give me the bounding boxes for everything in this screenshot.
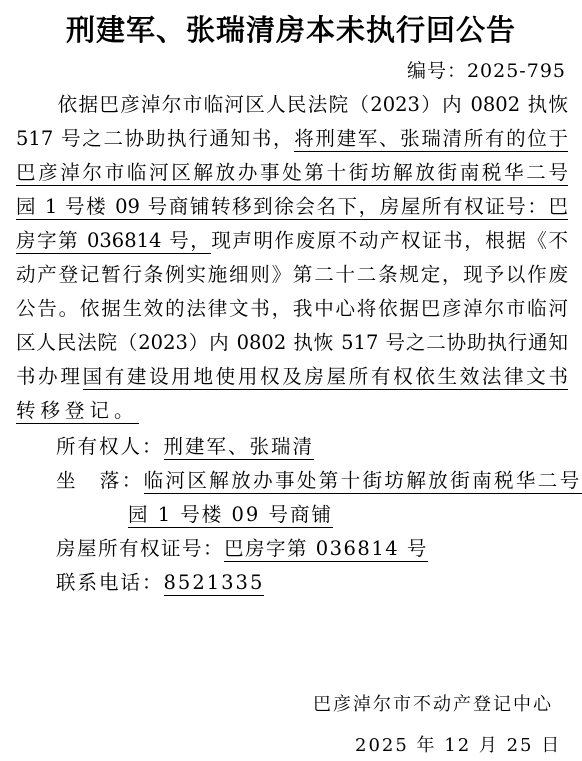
body-text: 书办理	[16, 365, 83, 388]
location-row-cont: 园 1 号楼 09 号商铺	[128, 500, 333, 530]
issuing-organization: 巴彦淖尔市不动产登记中心	[313, 690, 553, 716]
location-value: 临河区解放办事处第十街坊解放街南税华二号	[144, 469, 582, 494]
issue-date: 2025 年 12 月 25 日	[355, 731, 561, 757]
location-value-cont: 园 1 号楼 09 号商铺	[128, 503, 333, 528]
body-line-3: 巴彦淖尔市临河区解放办事处第十街坊解放街南税华二号	[16, 158, 568, 188]
phone-row: 联系电话：8521335	[56, 568, 264, 598]
body-line-10: 转移登记。	[16, 396, 568, 426]
body-line-6: 动产登记暂行条例实施细则》第二十二条规定，现予以作废	[16, 260, 568, 290]
body-text: 公告。依据生效的法律文书，我中心将依据巴彦淖尔市临河	[16, 297, 568, 320]
underlined-text: 国有建设用地使用权及房屋所有权依生效法律文书	[83, 365, 568, 390]
cert-label: 房屋所有权证号：	[56, 537, 224, 560]
body-text: 依据巴彦淖尔市临河区人民法院（2023）内 0802 执恢	[16, 93, 568, 116]
location-row: 坐 落：临河区解放办事处第十街坊解放街南税华二号	[56, 466, 582, 496]
owner-row: 所有权人：刑建军、张瑞清	[56, 432, 314, 462]
underlined-text: 园 1 号楼 09 号商铺转移到徐会名下，房屋所有权证号：巴	[16, 195, 568, 220]
cert-row: 房屋所有权证号：巴房字第 036814 号	[56, 534, 428, 564]
underlined-text: 巴彦淖尔市临河区解放办事处第十街坊解放街南税华二号	[16, 161, 568, 186]
underlined-text: 房字第 036814 号，	[16, 229, 211, 254]
body-line-9: 书办理国有建设用地使用权及房屋所有权依生效法律文书	[16, 362, 568, 392]
body-line-8: 区人民法院（2023）内 0802 执恢 517 号之二协助执行通知	[16, 328, 568, 358]
underlined-text: 将刑建军、张瑞清所有的位于	[294, 127, 568, 152]
body-text: 动产登记暂行条例实施细则》第二十二条规定，现予以作废	[16, 263, 568, 286]
phone-value: 8521335	[164, 571, 265, 596]
owner-value: 刑建军、张瑞清	[164, 435, 315, 460]
announcement-title: 刑建军、张瑞清房本未执行回公告	[0, 8, 582, 49]
body-line-4: 园 1 号楼 09 号商铺转移到徐会名下，房屋所有权证号：巴	[16, 192, 568, 222]
body-line-2: 517 号之二协助执行通知书，将刑建军、张瑞清所有的位于	[16, 124, 568, 154]
body-text: 区人民法院（2023）内 0802 执恢 517 号之二协助执行通知	[16, 331, 568, 354]
document-number: 编号：2025-795	[407, 56, 566, 83]
cert-value: 巴房字第 036814 号	[224, 537, 428, 562]
body-line-1: 依据巴彦淖尔市临河区人民法院（2023）内 0802 执恢	[16, 90, 568, 120]
owner-label: 所有权人：	[56, 435, 164, 458]
body-text: 现声明作废原不动产权证书，根据《不	[211, 229, 568, 252]
location-label: 坐 落：	[56, 469, 144, 492]
body-line-7: 公告。依据生效的法律文书，我中心将依据巴彦淖尔市临河	[16, 294, 568, 324]
body-text: 517 号之二协助执行通知书，	[16, 127, 294, 150]
phone-label: 联系电话：	[56, 571, 164, 594]
body-line-5: 房字第 036814 号，现声明作废原不动产权证书，根据《不	[16, 226, 568, 256]
underlined-text: 转移登记。	[16, 399, 139, 424]
